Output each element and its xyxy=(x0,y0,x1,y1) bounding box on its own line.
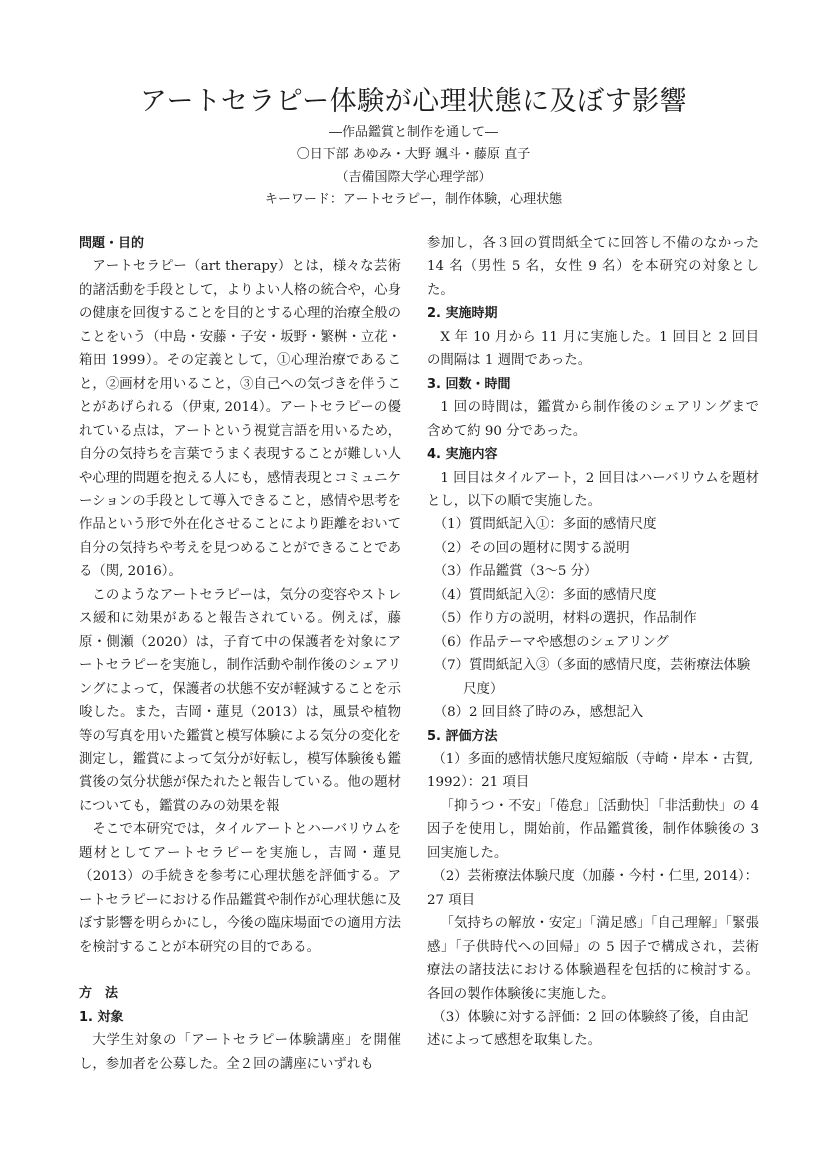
evaluation-item-description: 「気持ちの解放・安定」「満足感」「自己理解」「緊張感」「子供時代への回帰」の 5… xyxy=(427,912,759,1006)
right-column: 参加し，各３回の質問紙全てに回答し不備のなかった 14 名（男性 5 名，女性 … xyxy=(427,232,759,1053)
evaluation-item-heading: （3）体験に対する評価：2 回の体験終了後，自由記述によって感想を取集した。 xyxy=(427,1006,759,1053)
left-column: 問題・目的 アートセラピー（art therapy）とは，様々な芸術的諸活動を手… xyxy=(79,232,401,1076)
section-spacer xyxy=(79,959,401,982)
intro-paragraph-2: このようなアートセラピーは，気分の変容やストレス緩和に効果があると報告されている… xyxy=(79,584,401,819)
paper-authors: 〇日下部 あゆみ・大野 颯斗・藤原 直子 xyxy=(0,144,827,166)
participants-paragraph: 大学生対象の「アートセラピー体験講座」を開催し，参加者を公募した。全２回の講座に… xyxy=(79,1029,401,1076)
paper-header: アートセラピー体験が心理状態に及ぼす影響 ―作品鑑賞と制作を通して― 〇日下部 … xyxy=(0,82,827,211)
procedure-item: （8）2 回目終了時のみ，感想記入 xyxy=(427,701,759,724)
participants-paragraph-continued: 参加し，各３回の質問紙全てに回答し不備のなかった 14 名（男性 5 名，女性 … xyxy=(427,232,759,302)
procedure-item: （3）作品鑑賞（3〜5 分） xyxy=(427,560,759,583)
evaluation-item-heading: （2）芸術療法体験尺度（加藤・今村・仁里, 2014）：27 項目 xyxy=(427,865,759,912)
section-heading-method: 方 法 xyxy=(79,982,401,1005)
procedure-item: （2）その回の題材に関する説明 xyxy=(427,537,759,560)
paper-affiliation: （吉備国際大学心理学部） xyxy=(0,167,827,189)
subsection-heading-sessions: 3. 回数・時間 xyxy=(427,373,759,396)
procedure-item: （5）作り方の説明，材料の選択，作品制作 xyxy=(427,607,759,630)
evaluation-item-heading: （1）多面的感情状態尺度短縮版（寺崎・岸本・古賀, 1992）：21 項目 xyxy=(427,748,759,795)
paper-title: アートセラピー体験が心理状態に及ぼす影響 xyxy=(0,82,827,122)
procedure-item: （7）質問紙記入③（多面的感情尺度，芸術療法体験尺度） xyxy=(427,654,759,701)
intro-paragraph-1: アートセラピー（art therapy）とは，様々な芸術的諸活動を手段として，よ… xyxy=(79,255,401,583)
procedure-item: （4）質問紙記入②：多面的感情尺度 xyxy=(427,584,759,607)
intro-paragraph-3: そこで本研究では，タイルアートとハーバリウムを題材としてアートセラピーを実施し，… xyxy=(79,818,401,959)
subsection-heading-evaluation: 5. 評価方法 xyxy=(427,725,759,748)
subsection-heading-content: 4. 実施内容 xyxy=(427,443,759,466)
paper-keywords: キーワード：アートセラピー，制作体験，心理状態 xyxy=(0,189,827,211)
subsection-heading-period: 2. 実施時期 xyxy=(427,302,759,325)
subsection-heading-participants: 1. 対象 xyxy=(79,1006,401,1029)
evaluation-item-description: 「抑うつ・不安」「倦怠」［活動快］「非活動快」の 4 因子を使用し，開始前，作品… xyxy=(427,795,759,865)
sessions-paragraph: 1 回の時間は，鑑賞から制作後のシェアリングまで含めて約 90 分であった。 xyxy=(427,396,759,443)
paper-subtitle: ―作品鑑賞と制作を通して― xyxy=(0,122,827,144)
section-heading-problem-purpose: 問題・目的 xyxy=(79,232,401,255)
period-paragraph: X 年 10 月から 11 月に実施した。1 回目と 2 回目の間隔は 1 週間… xyxy=(427,326,759,373)
content-paragraph: 1 回目はタイルアート，2 回目はハーバリウムを題材とし，以下の順で実施した。 xyxy=(427,467,759,514)
procedure-item: （6）作品テーマや感想のシェアリング xyxy=(427,631,759,654)
procedure-item: （1）質問紙記入①：多面的感情尺度 xyxy=(427,513,759,536)
